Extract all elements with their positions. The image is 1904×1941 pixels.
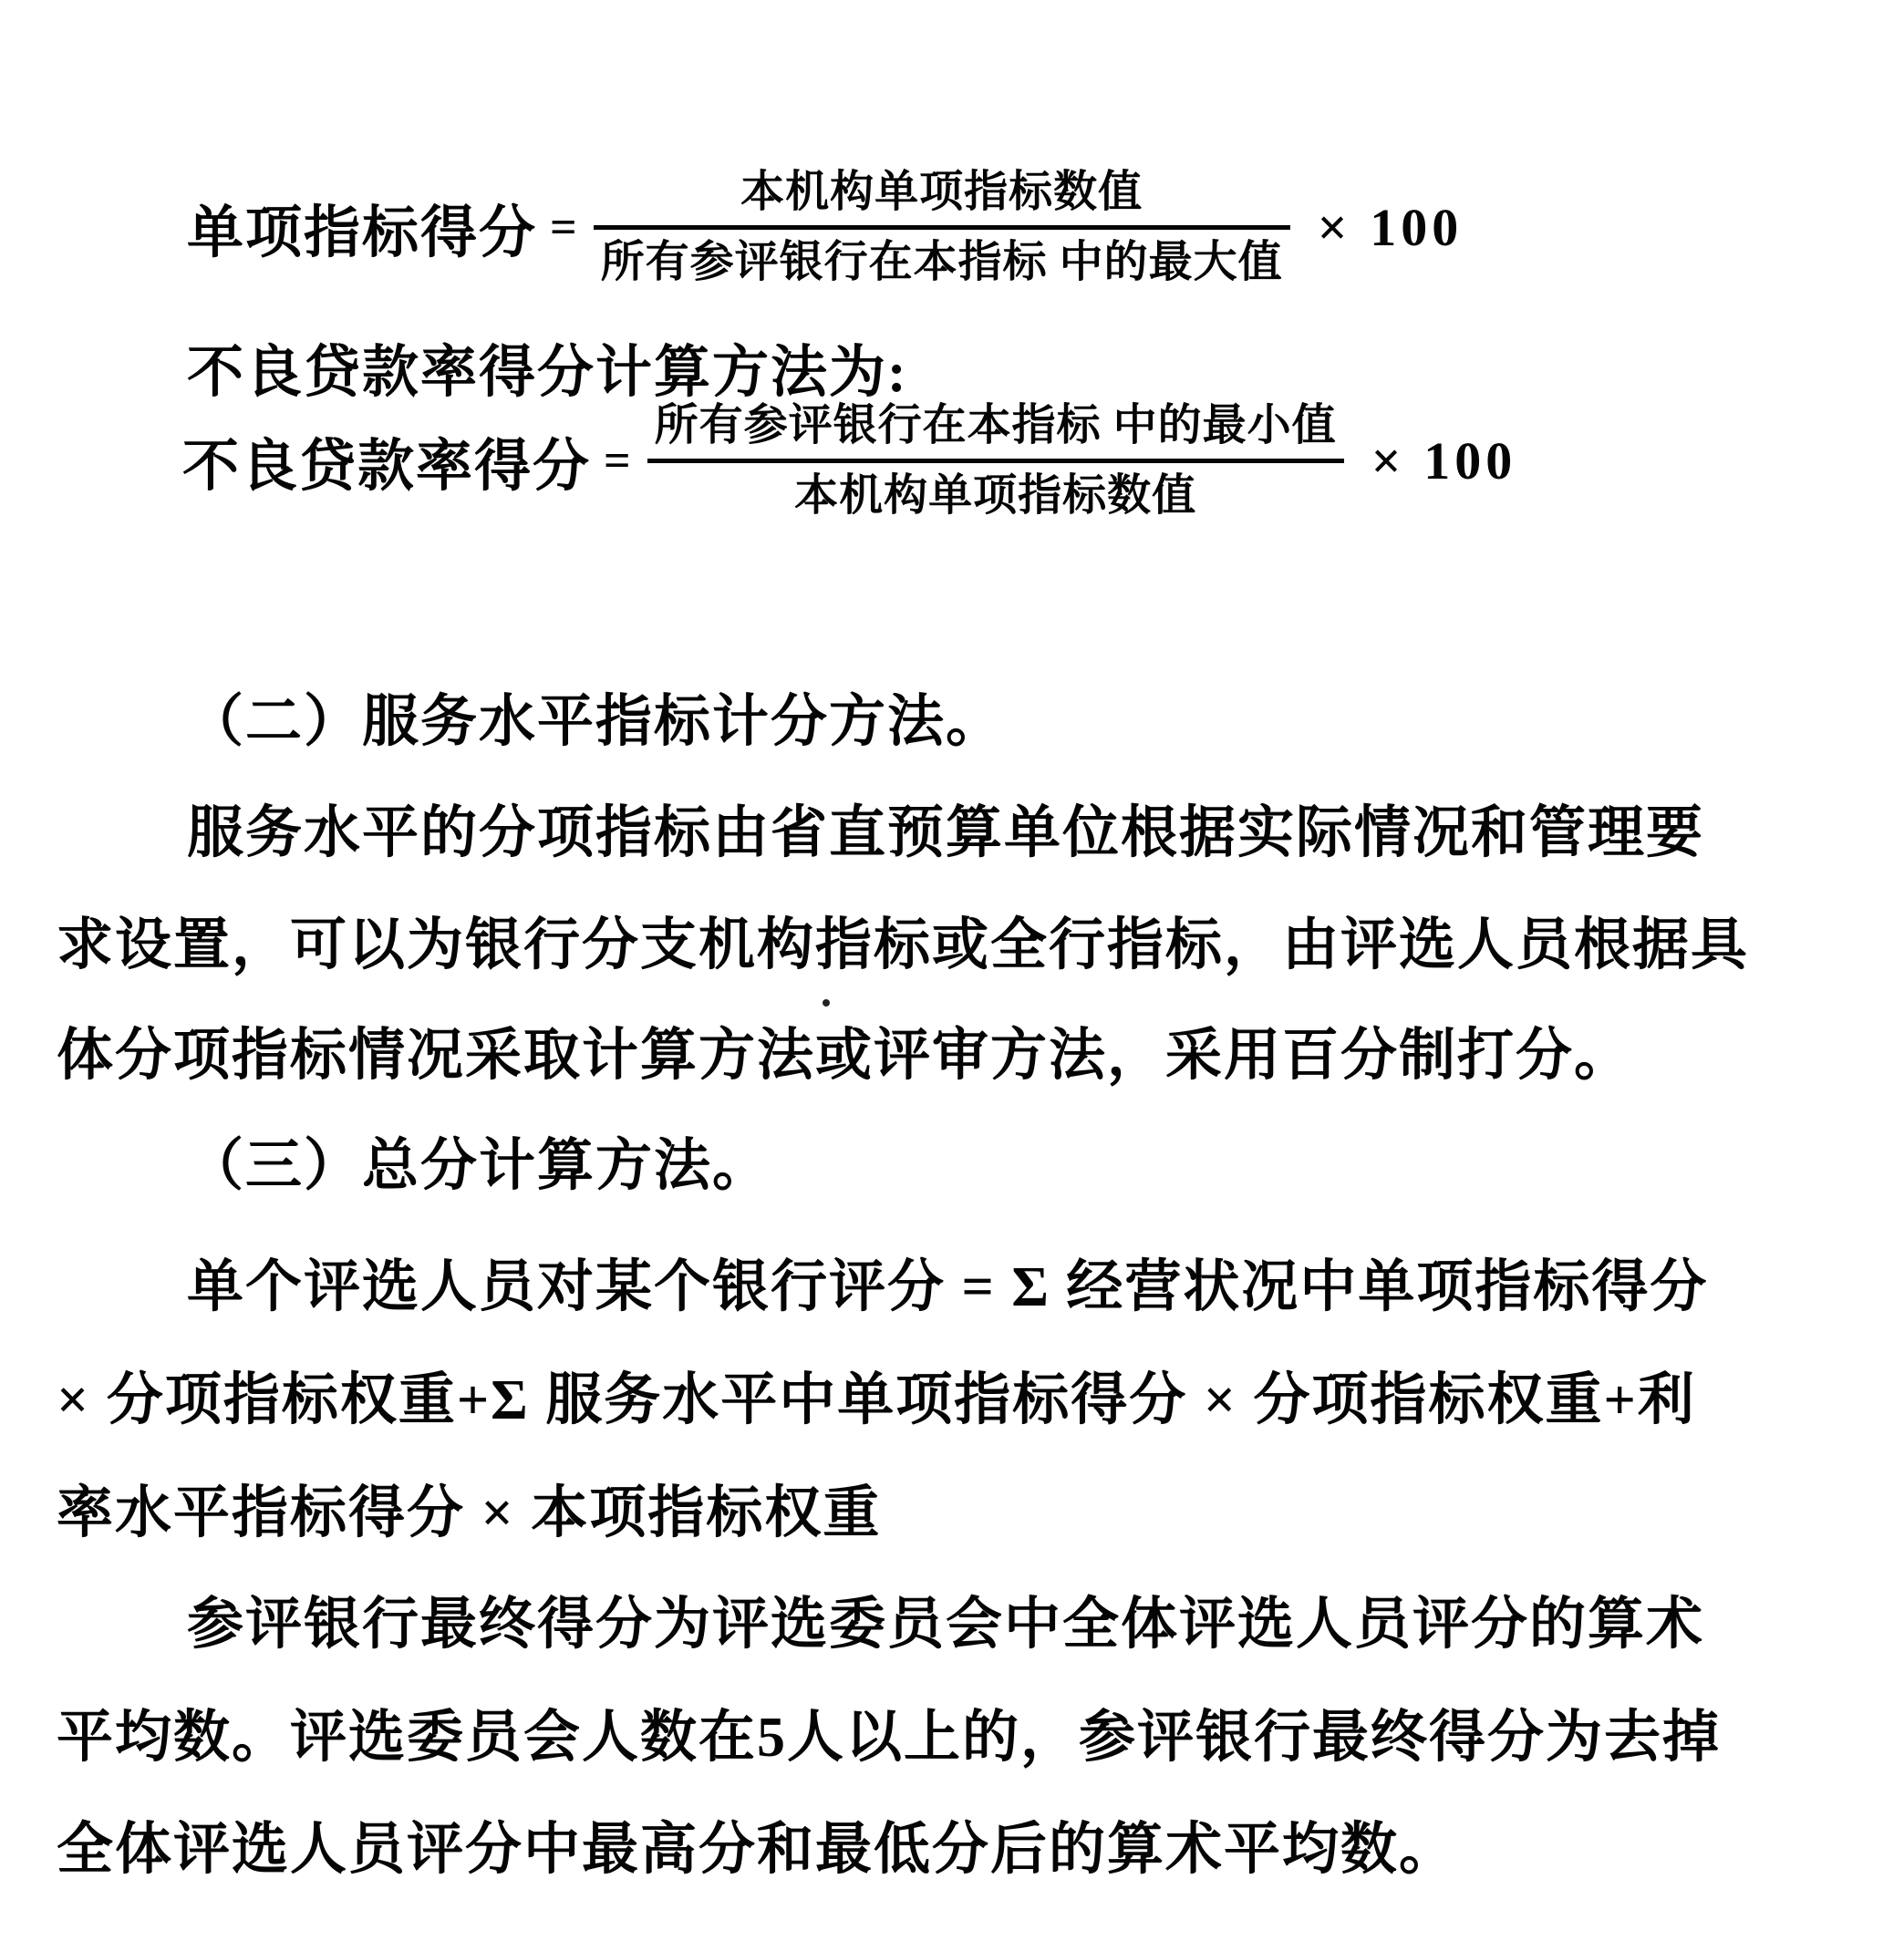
section-3-heading: （三）总分计算方法。: [187, 1135, 771, 1197]
paragraph-line: 参评银行最终得分为评选委员会中全体评选人员评分的算术: [187, 1594, 1704, 1656]
section-2-heading: （二）服务水平指标计分方法。: [187, 691, 1004, 753]
formula-single-indicator: 单项指标得分 = 本机构单项指标数值 所有参评银行在本指标 中的最大值 × 10…: [187, 166, 1463, 288]
paragraph-line: 率水平指标得分 × 本项指标权重: [57, 1482, 881, 1544]
multiply-by-100: × 100: [1318, 197, 1464, 258]
scan-artifact-dot: [823, 999, 830, 1007]
paragraph-line: × 分项指标权重+Σ 服务水平中单项指标得分 × 分项指标权重+利: [57, 1369, 1696, 1431]
npl-method-intro: 不良贷款率得分计算方法为:: [187, 342, 908, 404]
fraction: 所有参评银行在本指标 中的最小值 本机构单项指标数值: [647, 399, 1344, 521]
fraction-denominator: 本机构单项指标数值: [787, 463, 1204, 522]
paragraph-line: 体分项指标情况采取计算方法或评审方法，采用百分制打分。: [57, 1025, 1632, 1087]
paragraph-line: 平均数。评选委员会人数在5人以上的，参评银行最终得分为去掉: [57, 1707, 1721, 1769]
paragraph-line: 服务水平的分项指标由省直预算单位根据实际情况和管理要: [187, 802, 1704, 864]
equals-sign: =: [550, 201, 577, 254]
fraction-numerator: 所有参评银行在本指标 中的最小值: [647, 399, 1344, 459]
multiply-by-100: × 100: [1371, 430, 1517, 491]
formula-npl-score: 不良贷款率得分 = 所有参评银行在本指标 中的最小值 本机构单项指标数值 × 1…: [182, 399, 1516, 521]
fraction-numerator: 本机构单项指标数值: [733, 166, 1150, 225]
paragraph-line: 单个评选人员对某个银行评分 = Σ 经营状况中单项指标得分: [187, 1256, 1708, 1318]
fraction: 本机构单项指标数值 所有参评银行在本指标 中的最大值: [594, 166, 1290, 288]
formula-lhs: 单项指标得分: [187, 187, 537, 268]
paragraph-line: 全体评选人员评分中最高分和最低分后的算术平均数。: [57, 1819, 1457, 1881]
document-page: 单项指标得分 = 本机构单项指标数值 所有参评银行在本指标 中的最大值 × 10…: [0, 0, 1904, 1941]
paragraph-line: 求设置，可以为银行分支机构指标或全行指标，由评选人员根据具: [57, 914, 1749, 976]
fraction-denominator: 所有参评银行在本指标 中的最大值: [594, 230, 1290, 289]
formula-lhs: 不良贷款率得分: [182, 420, 591, 501]
equals-sign: =: [604, 434, 631, 488]
